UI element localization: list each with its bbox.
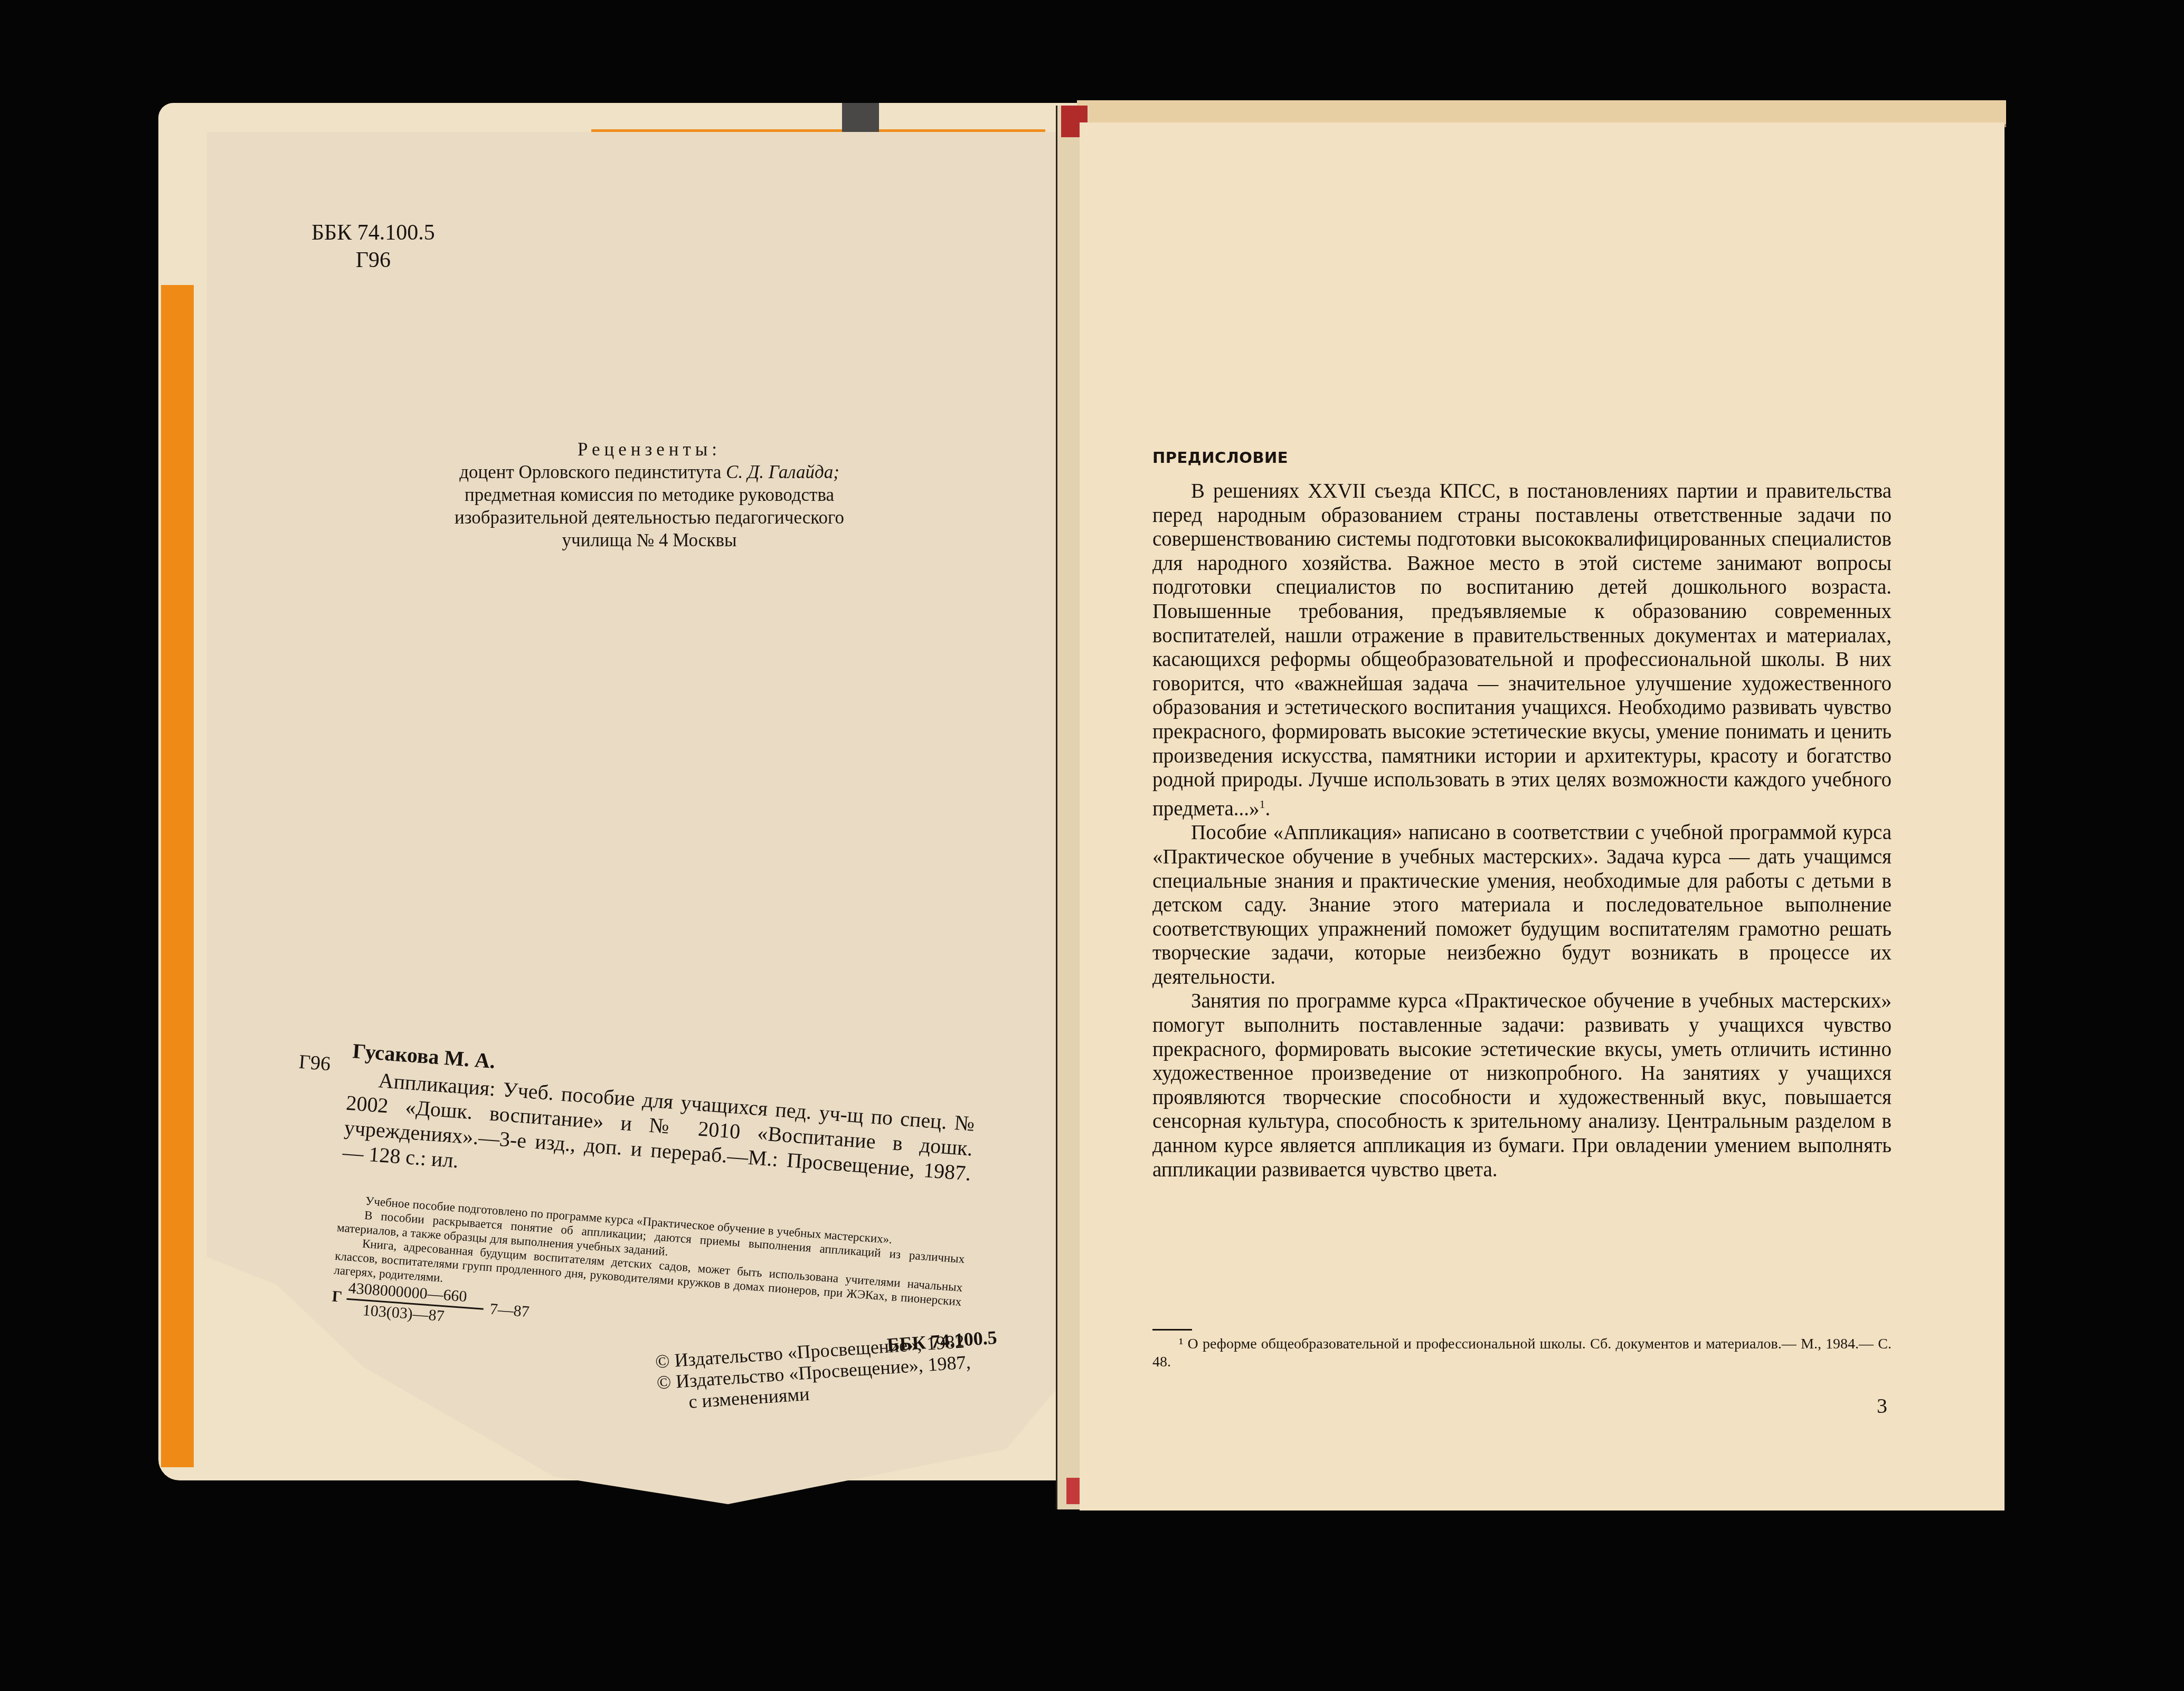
- code-tail: 7—87: [489, 1300, 530, 1321]
- reviewers-title: Рецензенты:: [422, 438, 876, 461]
- cover-orange-edge: [161, 285, 194, 1467]
- bbk-classification: ББК 74.100.5 Г96: [311, 219, 435, 274]
- reviewer-1-affiliation: доцент Орловского пединститута: [459, 462, 726, 482]
- footnote-rule: [1152, 1329, 1192, 1331]
- reviewer-1-name: С. Д. Галайда;: [726, 462, 839, 482]
- paragraph-text: В решениях XXVII съезда КПСС, в постанов…: [1152, 480, 1892, 820]
- reviewer-2-line1: предметная комиссия по методике руководс…: [422, 483, 876, 506]
- footnote-text: ¹ О реформе общеобразовательной и профес…: [1152, 1335, 1892, 1371]
- paragraph: Занятия по программе курса «Практическое…: [1152, 989, 1892, 1182]
- page-number: 3: [1877, 1393, 1887, 1418]
- section-heading: ПРЕДИСЛОВИЕ: [1152, 449, 1288, 467]
- preface-body: В решениях XXVII съезда КПСС, в постанов…: [1152, 479, 1892, 1182]
- reviewer-2-line3: училища № 4 Москвы: [422, 529, 876, 552]
- footnote-ref: 1: [1260, 797, 1265, 811]
- paragraph: Пособие «Аппликация» написано в соответс…: [1152, 821, 1892, 989]
- footnote: ¹ О реформе общеобразовательной и профес…: [1152, 1335, 1892, 1371]
- reviewers-block: Рецензенты: доцент Орловского пединститу…: [422, 438, 876, 552]
- author-mark: Г96: [311, 246, 435, 274]
- bbk-code: ББК 74.100.5: [311, 219, 435, 246]
- reviewer-2-line2: изобразительной деятельностью педагогиче…: [422, 506, 876, 529]
- reviewer-1: доцент Орловского пединститута С. Д. Гал…: [422, 461, 876, 483]
- shelf-mark: Г96: [298, 1050, 332, 1076]
- cover-dark-tab: [842, 103, 879, 135]
- paragraph: В решениях XXVII съезда КПСС, в постанов…: [1152, 479, 1892, 821]
- code-letter: Г: [332, 1288, 343, 1306]
- period: .: [1265, 797, 1271, 820]
